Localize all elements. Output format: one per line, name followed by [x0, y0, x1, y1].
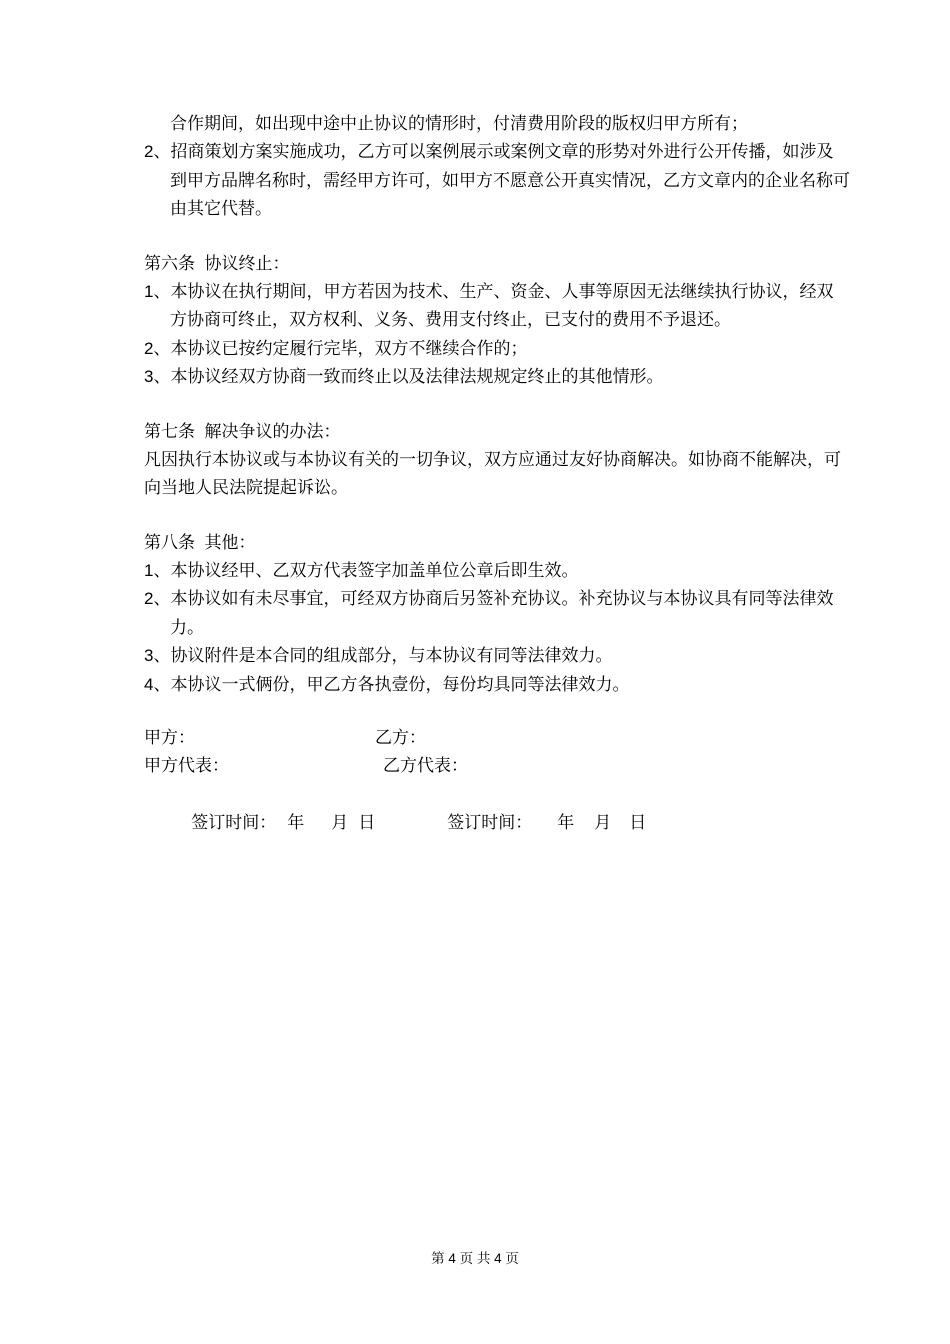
line-text: 招商策划方案实施成功，乙方可以案例展示或案例文章的形势对外进行公开传播，如涉及 — [170, 142, 833, 161]
list-item-line: 2、招商策划方案实施成功，乙方可以案例展示或案例文章的形势对外进行公开传播，如涉… — [144, 138, 834, 166]
line-text: 力。 — [170, 618, 204, 637]
contract-section: 第八条 其他：1、本协议经甲、乙双方代表签字加盖单位公章后即生效。2、本协议如有… — [144, 529, 834, 699]
paragraph-line: 凡因执行本协议或与本协议有关的一切争议，双方应通过友好协商解决。如协商不能解决，… — [144, 446, 834, 474]
line-text: 合作期间，如出现中途中止协议的情形时，付清费用阶段的版权归甲方所有； — [170, 114, 748, 133]
list-item-line: 2、本协议如有未尽事宜，可经双方协商后另签补充协议。补充协议与本协议具有同等法律… — [144, 585, 834, 613]
line-text: 本协议在执行期间，甲方若因为技术、生产、资金、人事等原因无法继续执行协议，经双 — [170, 282, 833, 301]
line-text: 到甲方品牌名称时，需经甲方许可，如甲方不愿意公开真实情况，乙方文章内的企业名称可 — [170, 171, 850, 190]
signature-row-dates: 签订时间：年月日 签订时间：年月日 — [144, 781, 834, 809]
section-title: 第六条 协议终止： — [144, 250, 834, 278]
signature-row-parties: 甲方： 乙方： — [144, 724, 834, 752]
rep-b-label: 乙方代表： — [383, 752, 468, 780]
signature-row-representatives: 甲方代表： 乙方代表： — [144, 752, 834, 780]
line-text: 由其它代替。 — [170, 199, 272, 218]
line-text: 本协议一式俩份，甲乙方各执壹份，每份均具同等法律效力。 — [170, 675, 629, 694]
sign-date-a: 签订时间：年月日 — [144, 781, 400, 809]
sign-time-b-label: 签订时间： — [447, 813, 532, 832]
line-text: 本协议经双方协商一致而终止以及法律法规规定终止的其他情形。 — [170, 367, 663, 386]
document-body: 合作期间，如出现中途中止协议的情形时，付清费用阶段的版权归甲方所有；2、招商策划… — [144, 110, 834, 809]
month-label-a: 月 — [331, 813, 348, 832]
list-item-number: 2、 — [144, 142, 170, 161]
sign-time-a-label: 签订时间： — [191, 813, 276, 832]
contract-document-page: 合作期间，如出现中途中止协议的情形时，付清费用阶段的版权归甲方所有；2、招商策划… — [0, 0, 950, 1344]
list-item-line: 3、本协议经双方协商一致而终止以及法律法规规定终止的其他情形。 — [144, 363, 834, 391]
list-item-line: 4、本协议一式俩份，甲乙方各执壹份，每份均具同等法律效力。 — [144, 671, 834, 699]
list-item-number: 3、 — [144, 646, 170, 665]
line-text: 本协议已按约定履行完毕，双方不继续合作的； — [170, 339, 527, 358]
list-item-number: 1、 — [144, 282, 170, 301]
list-item-number: 3、 — [144, 367, 170, 386]
line-text: 本协议如有未尽事宜，可经双方协商后另签补充协议。补充协议与本协议具有同等法律效 — [170, 589, 833, 608]
day-label-b: 日 — [629, 813, 646, 832]
sections-container: 合作期间，如出现中途中止协议的情形时，付清费用阶段的版权归甲方所有；2、招商策划… — [144, 110, 834, 699]
signature-block: 甲方： 乙方： 甲方代表： 乙方代表： 签订时间：年月日 签订时间：年月日 — [144, 724, 834, 809]
section-title: 第八条 其他： — [144, 529, 834, 557]
party-b-label: 乙方： — [375, 724, 426, 752]
list-item-number: 2、 — [144, 589, 170, 608]
day-label-a: 日 — [358, 813, 375, 832]
year-label-a: 年 — [287, 813, 304, 832]
list-item-number: 1、 — [144, 561, 170, 580]
list-continuation-line: 方协商可终止，双方权利、义务、费用支付终止，已支付的费用不予退还。 — [144, 306, 834, 334]
year-label-b: 年 — [557, 813, 574, 832]
line-text: 凡因执行本协议或与本协议有关的一切争议，双方应通过友好协商解决。如协商不能解决，… — [144, 450, 841, 469]
list-item-line: 1、本协议经甲、乙双方代表签字加盖单位公章后即生效。 — [144, 557, 834, 585]
sign-date-b: 签订时间：年月日 — [400, 781, 646, 809]
line-text: 方协商可终止，双方权利、义务、费用支付终止，已支付的费用不予退还。 — [170, 310, 731, 329]
contract-section: 第六条 协议终止：1、本协议在执行期间，甲方若因为技术、生产、资金、人事等原因无… — [144, 250, 834, 392]
party-a-label: 甲方： — [144, 724, 375, 752]
list-item-number: 4、 — [144, 675, 170, 694]
list-continuation-line: 到甲方品牌名称时，需经甲方许可，如甲方不愿意公开真实情况，乙方文章内的企业名称可 — [144, 167, 834, 195]
section-title: 第七条 解决争议的办法： — [144, 418, 834, 446]
line-text: 本协议经甲、乙双方代表签字加盖单位公章后即生效。 — [170, 561, 578, 580]
list-item-line: 1、本协议在执行期间，甲方若因为技术、生产、资金、人事等原因无法继续执行协议，经… — [144, 278, 834, 306]
page-number-footer: 第 4 页 共 4 页 — [0, 1247, 950, 1267]
list-continuation-line: 力。 — [144, 614, 834, 642]
line-text: 向当地人民法院提起诉讼。 — [144, 478, 348, 497]
rep-a-label: 甲方代表： — [144, 752, 383, 780]
line-text: 协议附件是本合同的组成部分，与本协议有同等法律效力。 — [170, 646, 612, 665]
list-continuation-line: 由其它代替。 — [144, 195, 834, 223]
month-label-b: 月 — [594, 813, 611, 832]
list-continuation-line: 合作期间，如出现中途中止协议的情形时，付清费用阶段的版权归甲方所有； — [144, 110, 834, 138]
list-item-line: 3、协议附件是本合同的组成部分，与本协议有同等法律效力。 — [144, 642, 834, 670]
list-item-number: 2、 — [144, 339, 170, 358]
paragraph-line: 向当地人民法院提起诉讼。 — [144, 474, 834, 502]
list-continuation-section: 合作期间，如出现中途中止协议的情形时，付清费用阶段的版权归甲方所有；2、招商策划… — [144, 110, 834, 224]
contract-section: 第七条 解决争议的办法：凡因执行本协议或与本协议有关的一切争议，双方应通过友好协… — [144, 418, 834, 503]
list-item-line: 2、本协议已按约定履行完毕，双方不继续合作的； — [144, 335, 834, 363]
